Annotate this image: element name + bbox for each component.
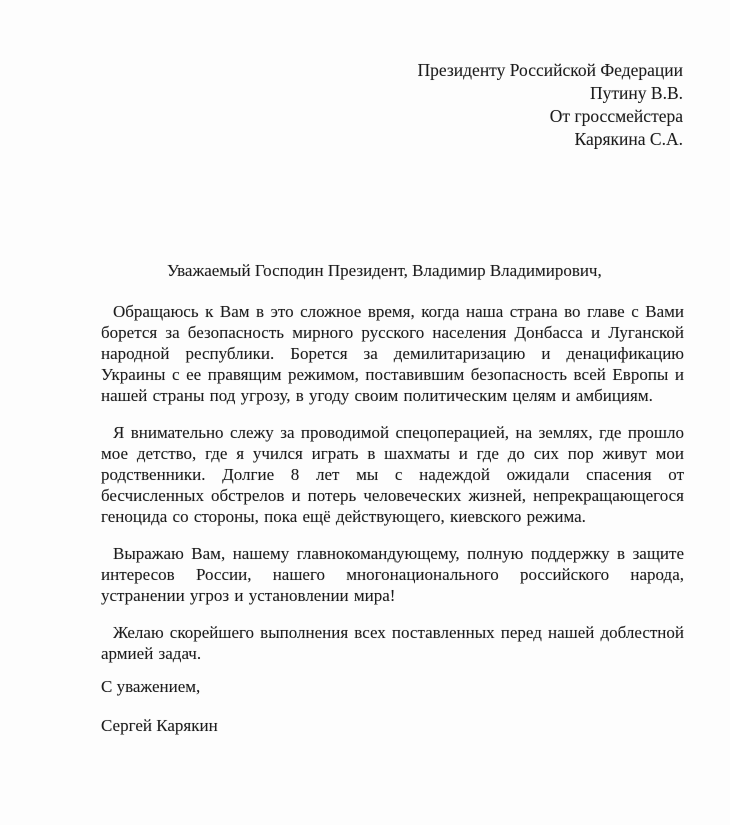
letter-page: Президенту Российской Федерации Путину В… bbox=[0, 0, 730, 825]
closing: С уважением, bbox=[101, 676, 684, 697]
recipient-block: Президенту Российской Федерации Путину В… bbox=[418, 59, 684, 151]
body-paragraph-1: Обращаюсь к Вам в это сложное время, ког… bbox=[101, 301, 684, 406]
recipient-line-sender-name: Карякина С.А. bbox=[418, 128, 684, 151]
body-paragraph-3: Выражаю Вам, нашему главнокомандующему, … bbox=[101, 543, 684, 606]
body-paragraph-2: Я внимательно слежу за проводимой спецоп… bbox=[101, 422, 684, 527]
recipient-line-addressee-name: Путину В.В. bbox=[418, 82, 684, 105]
body-paragraph-4: Желаю скорейшего выполнения всех поставл… bbox=[101, 622, 684, 664]
recipient-line-addressee-title: Президенту Российской Федерации bbox=[418, 59, 684, 82]
signature: Сергей Карякин bbox=[101, 715, 684, 736]
letter-body: Уважаемый Господин Президент, Владимир В… bbox=[101, 260, 684, 736]
recipient-line-sender-title: От гроссмейстера bbox=[418, 105, 684, 128]
salutation: Уважаемый Господин Президент, Владимир В… bbox=[101, 260, 684, 281]
